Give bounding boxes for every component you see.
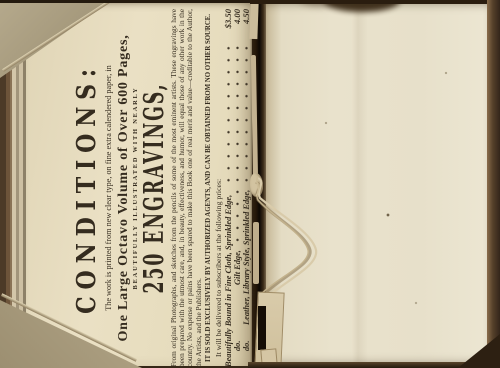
page-top-edge (250, 0, 490, 4)
intro-line: The work is printed from new clear type,… (104, 9, 114, 367)
torn-paper-fragment (249, 3, 258, 39)
engravings-line: 250 ENGRAVINGS, (141, 73, 168, 302)
price-row-cloth: Beautifully Bound in Fine Cloth, Sprinkl… (224, 9, 233, 367)
exclusive-agents-line: IT IS SOLD EXCLUSIVELY BY AUTHORIZED AGE… (205, 9, 213, 367)
photo-background: CONDITIONS: The work is printed from new… (0, 0, 500, 368)
page-bottom-edge (248, 362, 490, 368)
volume-line: One Large Octavo Volume of Over 600 Page… (116, 9, 132, 367)
dot-leader (234, 42, 241, 245)
binding-style-label: Gilt Edge, (233, 250, 242, 285)
ditto-label: do. (233, 333, 242, 367)
delivery-line: It will be delivered to subscribers at t… (214, 9, 223, 367)
conditions-heading: CONDITIONS: (74, 36, 100, 340)
dot-leader (225, 42, 232, 190)
binding-gap (258, 306, 266, 350)
conditions-page: CONDITIONS: The work is printed from new… (26, 2, 252, 366)
photo-right-edge (487, 0, 500, 368)
body-paragraph: From original Photographs, and sketches … (170, 9, 203, 367)
binding-style-label: Beautifully Bound in Fine Cloth, Sprinkl… (224, 195, 233, 367)
price-row-gilt: do. Gilt Edge, 4.00 (233, 9, 242, 367)
